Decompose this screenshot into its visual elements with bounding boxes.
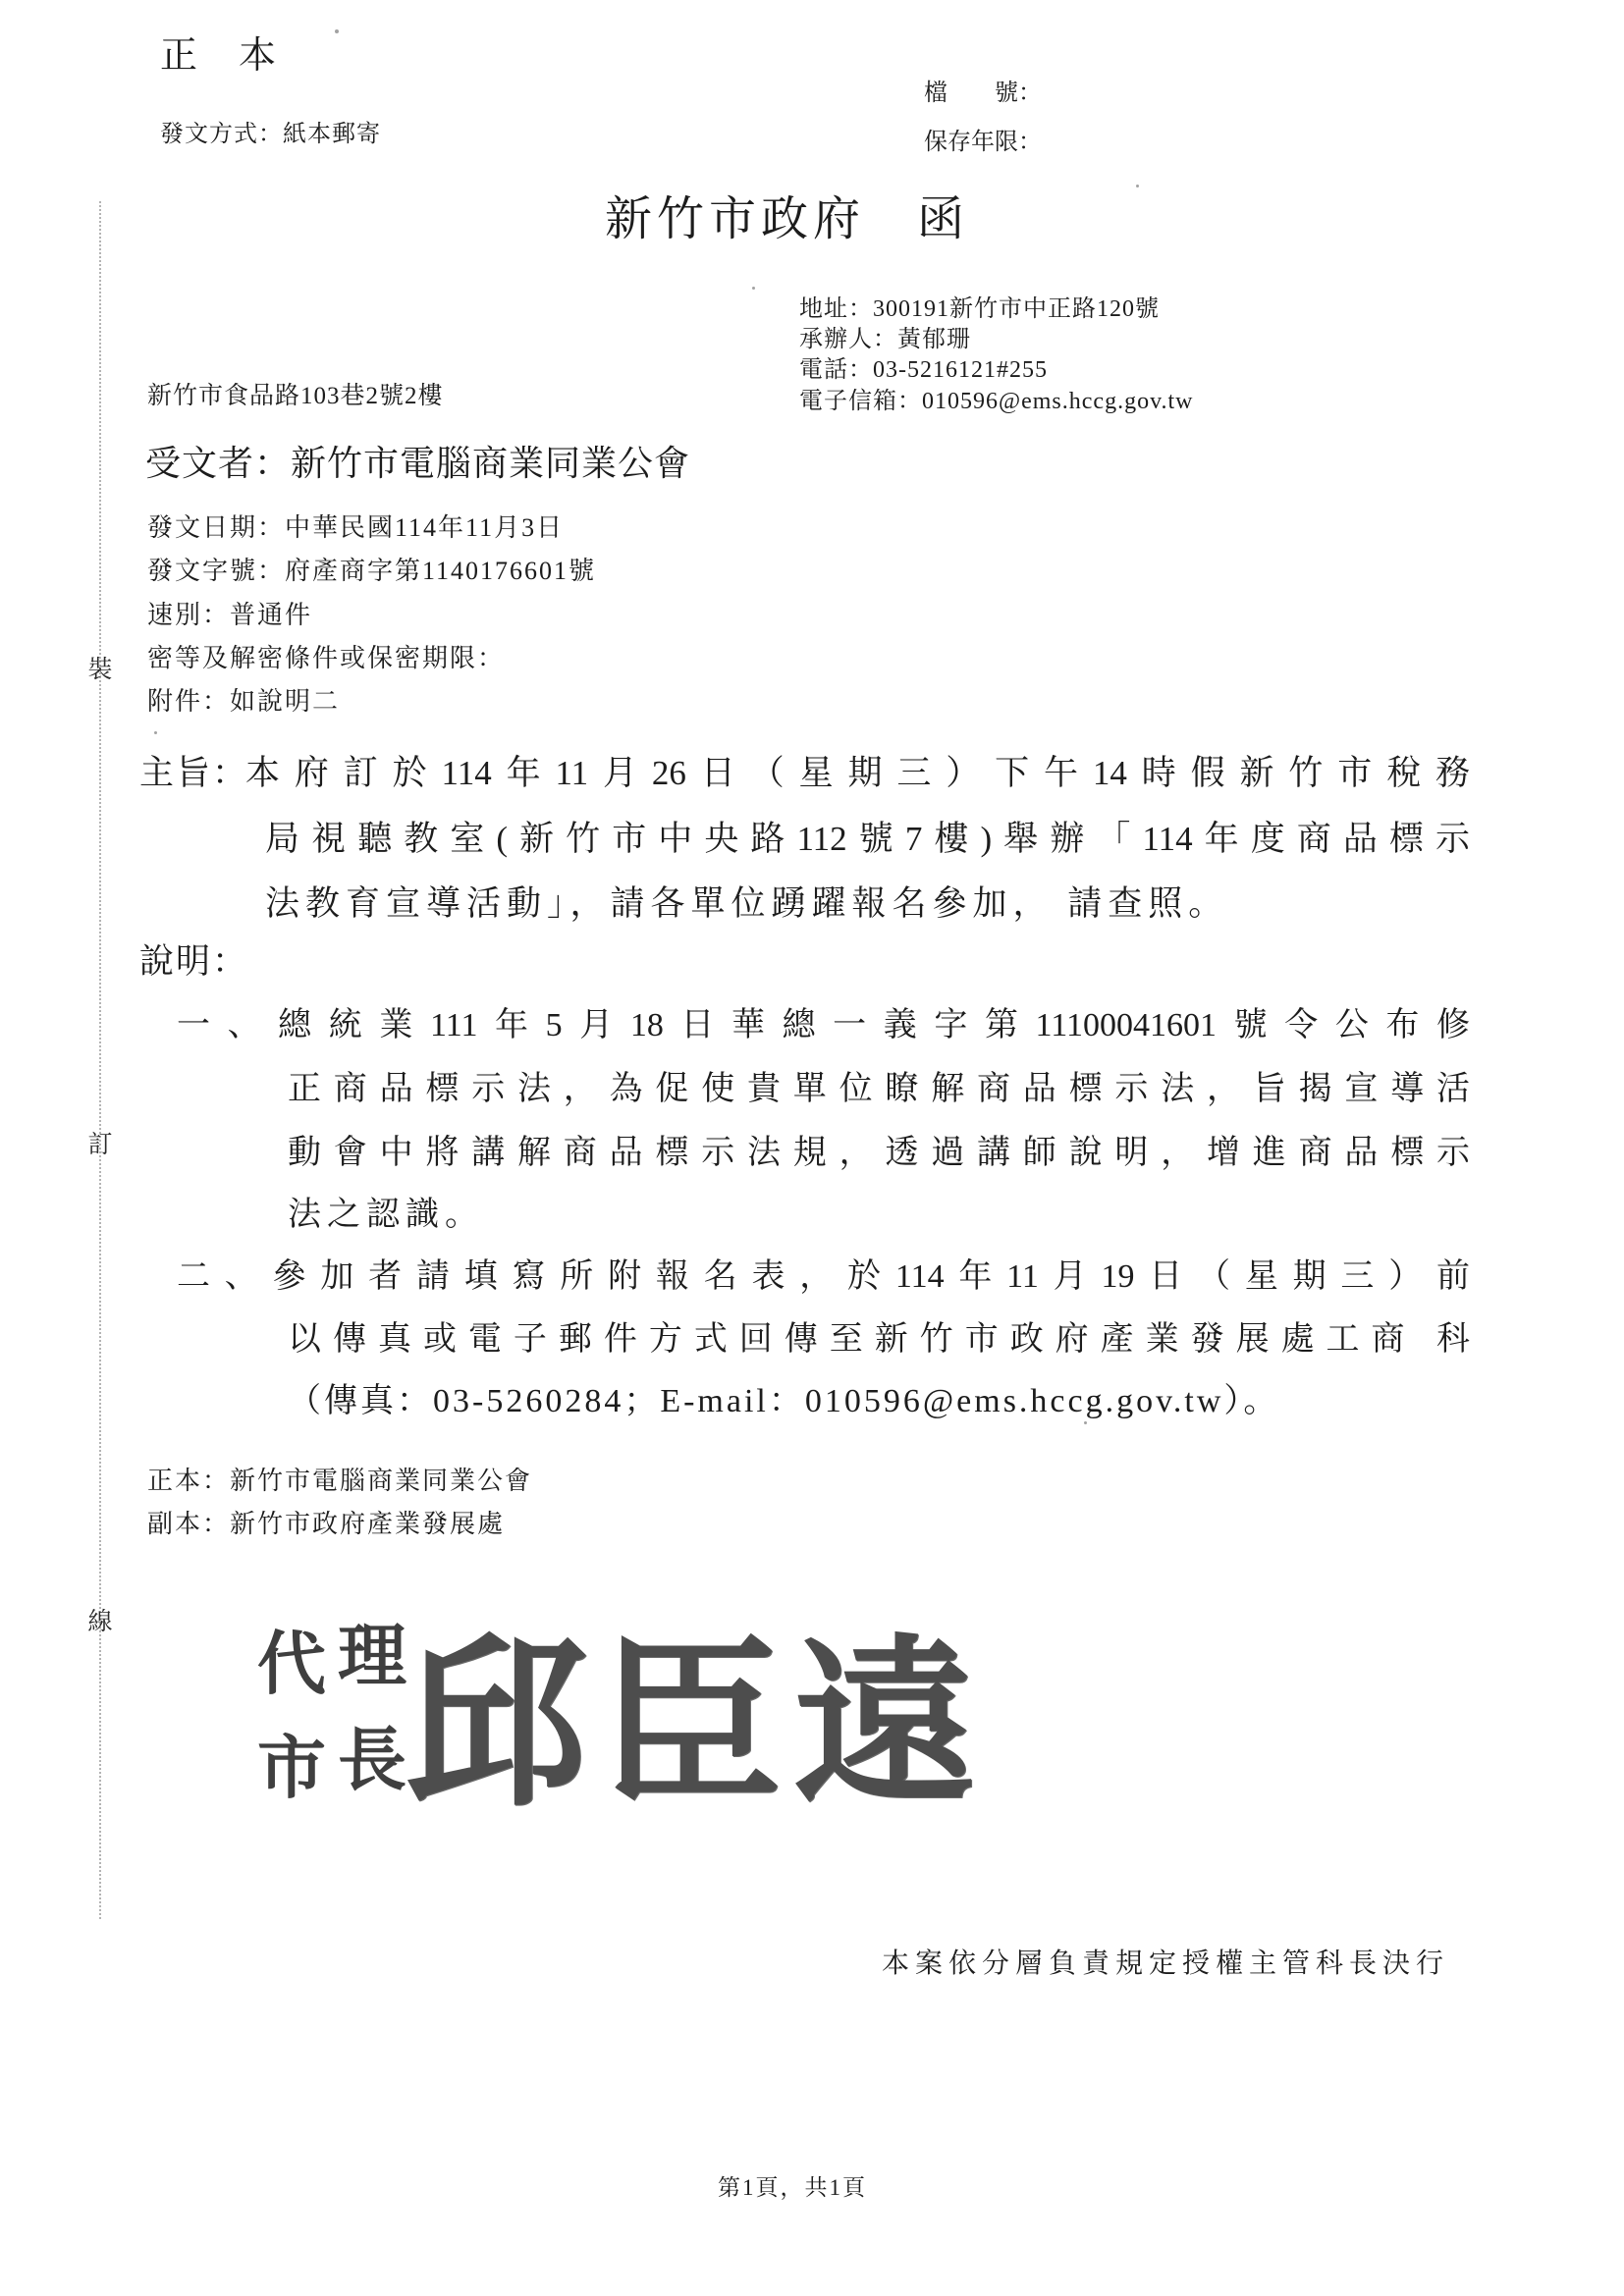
- scan-speck: [1084, 1421, 1087, 1424]
- attachment-note: 附件：如說明二: [147, 687, 340, 717]
- signer-title-char: 市: [257, 1735, 338, 1834]
- delivery-method: 發文方式：紙本郵寄: [160, 122, 381, 149]
- distribution-copy: 副本：新竹市政府產業發展處: [147, 1510, 505, 1539]
- document-title: 新竹市政府 函: [605, 192, 969, 246]
- binding-mark-ding: 訂: [82, 1125, 118, 1160]
- addressee-line: 受文者：新竹市電腦商業同業公會: [145, 444, 690, 484]
- binding-mark-xian: 線: [82, 1602, 118, 1637]
- explanation-item1-line2: 正商品標示法，為促使貴單位瞭解商品標示法，旨揭宣導活: [288, 1070, 1470, 1108]
- explanation-item1-line4: 法之認識。: [288, 1196, 484, 1234]
- explanation-item1-line3: 動會中將講解商品標示法規，透過講師說明，增進商品標示: [288, 1134, 1470, 1172]
- speed-class: 速別：普通件: [147, 601, 312, 630]
- recipient-street-address: 新竹市食品路103巷2號2樓: [147, 383, 444, 411]
- file-number-label: 檔 號：: [924, 80, 1042, 108]
- explanation-item2-line2: 以傳真或電子郵件方式回傳至新竹市政府產業發展處工商 科: [288, 1320, 1470, 1359]
- explanation-item2-line3: （傳真：03-5260284；E-mail：010596@ems.hccg.go…: [288, 1382, 1279, 1420]
- subject-label: 主旨：: [139, 754, 248, 793]
- issue-date: 發文日期：中華民國114年11月3日: [147, 513, 564, 543]
- explanation-item1-line1: 一、總統業111年5月18日華總一義字第11100041601號令公布修: [177, 1006, 1470, 1044]
- scan-speck: [154, 731, 157, 734]
- contact-email: 電子信箱：010596@ems.hccg.gov.tw: [799, 389, 1194, 416]
- scan-speck: [752, 287, 755, 290]
- authorization-note: 本案依分層負責規定授權主管科長決行: [882, 1949, 1449, 1980]
- binding-dotted-line: [99, 201, 101, 1919]
- official-letter-page: 裝 訂 線 正 本 發文方式：紙本郵寄 檔 號： 保存年限： 新竹市政府 函 地…: [0, 0, 1624, 2296]
- contact-person: 承辦人：黃郁珊: [799, 327, 971, 354]
- signature-name: 邱臣遠: [405, 1618, 988, 1837]
- subject-line-2: 局視聽教室(新竹市中央路112號7樓)舉辦「114年度商品標示: [265, 820, 1470, 859]
- explanation-item2-line1: 二、參加者請填寫所附報名表，於114年11月19日（星期三）前: [177, 1257, 1470, 1296]
- binding-mark-zhuang: 裝: [82, 650, 118, 685]
- scan-speck: [1136, 185, 1139, 187]
- contact-phone: 電話：03-5216121#255: [799, 357, 1048, 385]
- scan-speck: [335, 29, 339, 33]
- agency-address: 地址：300191新竹市中正路120號: [799, 296, 1160, 324]
- copy-type-label: 正 本: [160, 35, 278, 79]
- signer-title-char: 代: [257, 1631, 338, 1730]
- subject-line-3: 法教育宣導活動」，請各單位踴躍報名參加， 請查照。: [265, 884, 1228, 924]
- explanation-label: 說明：: [139, 942, 248, 982]
- distribution-original: 正本：新竹市電腦商業同業公會: [147, 1467, 532, 1496]
- document-number: 發文字號：府產商字第1140176601號: [147, 557, 596, 586]
- retention-period-label: 保存年限：: [924, 130, 1042, 157]
- security-class: 密等及解密條件或保密期限：: [147, 644, 505, 673]
- page-number: 第1頁，共1頁: [718, 2175, 867, 2201]
- subject-line-1: 本府訂於114年11月26日（星期三）下午14時假新竹市稅務: [245, 754, 1470, 793]
- signer-title-acting-mayor: 代 理 市 長: [257, 1631, 418, 1828]
